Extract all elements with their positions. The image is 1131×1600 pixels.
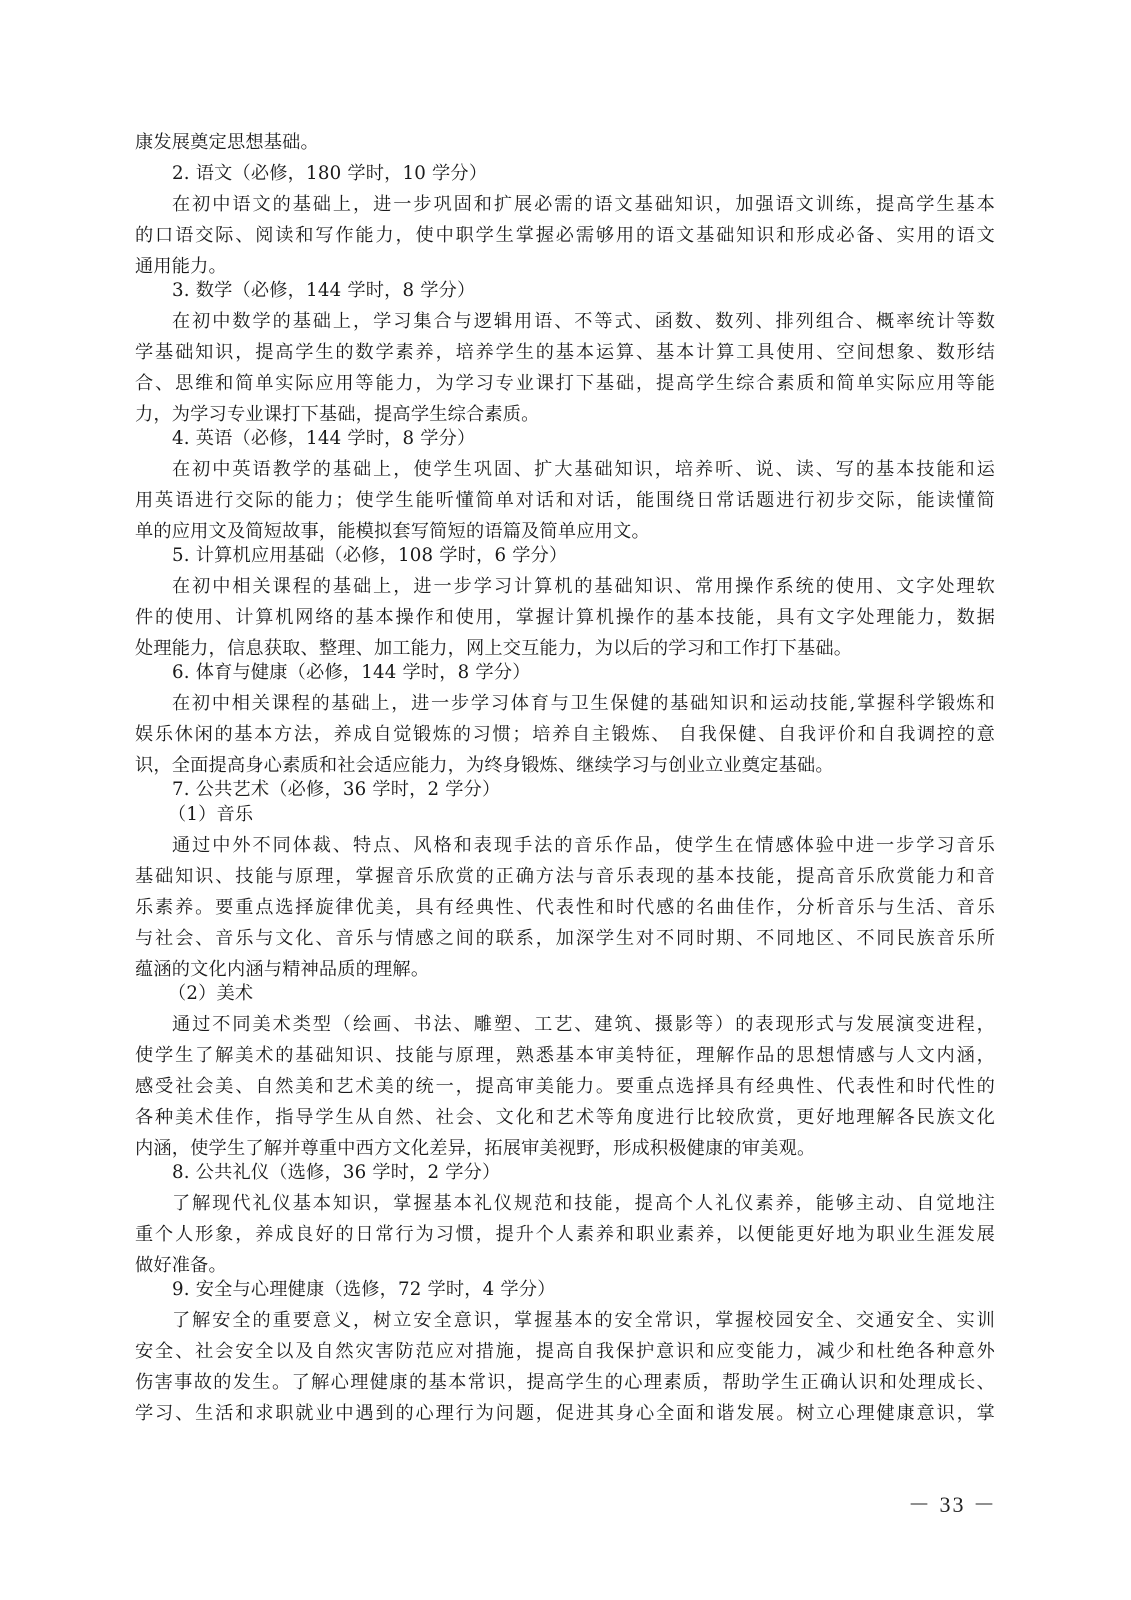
course-heading: 7. 公共艺术（必修，36 学时，2 学分） (172, 778, 1032, 802)
course-heading: 9. 安全与心理健康（选修，72 学时，4 学分） (172, 1278, 1032, 1302)
body-text-line: 学习、生活和求职就业中遇到的心理行为问题，促进其身心全面和谐发展。树立心理健康意… (135, 1402, 995, 1426)
course-heading: 5. 计算机应用基础（必修，108 学时，6 学分） (172, 544, 1032, 568)
body-text-line: 感受社会美、自然美和艺术美的统一，提高审美能力。要重点选择具有经典性、代表性和时… (135, 1075, 995, 1099)
course-heading: 8. 公共礼仪（选修，36 学时，2 学分） (172, 1161, 1032, 1185)
page-number: － 33 － (908, 1488, 997, 1519)
body-text-line: 的口语交际、阅读和写作能力，使中职学生掌握必需够用的语文基础知识和形成必备、实用… (135, 224, 995, 248)
body-text-line: 件的使用、计算机网络的基本操作和使用，掌握计算机操作的基本技能，具有文字处理能力… (135, 606, 995, 630)
body-text-line: 各种美术佳作，指导学生从自然、社会、文化和艺术等角度进行比较欣赏，更好地理解各民… (135, 1106, 995, 1130)
course-heading: 4. 英语（必修，144 学时，8 学分） (172, 427, 1032, 451)
body-text-line: 重个人形象，养成良好的日常行为习惯，提升个人素养和职业素养，以便能更好地为职业生… (135, 1223, 995, 1247)
body-text-line: 用英语进行交际的能力；使学生能听懂简单对话和对话，能围绕日常话题进行初步交际，能… (135, 489, 995, 513)
paragraph-first-line: 了解安全的重要意义，树立安全意识，掌握基本的安全常识，掌握校园安全、交通安全、实… (135, 1309, 995, 1333)
paragraph-first-line: 在初中英语教学的基础上，使学生巩固、扩大基础知识，培养听、说、读、写的基本技能和… (135, 458, 995, 482)
course-heading: 2. 语文（必修，180 学时，10 学分） (172, 162, 1032, 186)
paragraph-last-line: 内涵，使学生了解并尊重中西方文化差异，拓展审美视野，形成积极健康的审美观。 (135, 1137, 995, 1161)
body-text-line: 与社会、音乐与文化、音乐与情感之间的联系，加深学生对不同时期、不同地区、不同民族… (135, 927, 995, 951)
body-text-line: 乐素养。要重点选择旋律优美，具有经典性、代表性和时代感的名曲佳作，分析音乐与生活… (135, 896, 995, 920)
paragraph-first-line: 通过不同美术类型（绘画、书法、雕塑、工艺、建筑、摄影等）的表现形式与发展演变进程… (135, 1013, 995, 1037)
paragraph-last-line: 做好准备。 (135, 1254, 995, 1278)
paragraph-first-line: 通过中外不同体裁、特点、风格和表现手法的音乐作品，使学生在情感体验中进一步学习音… (135, 834, 995, 858)
paragraph-last-line: 单的应用文及简短故事，能模拟套写简短的语篇及简单应用文。 (135, 520, 995, 544)
body-text-line: 基础知识、技能与原理，掌握音乐欣赏的正确方法与音乐表现的基本技能，提高音乐欣赏能… (135, 865, 995, 889)
body-text-line: 娱乐休闲的基本方法，养成自觉锻炼的习惯；培养自主锻炼、 自我保健、自我评价和自我… (135, 723, 995, 747)
body-text-line: 学基础知识，提高学生的数学素养，培养学生的基本运算、基本计算工具使用、空间想象、… (135, 341, 995, 365)
paragraph-last-line: 通用能力。 (135, 255, 995, 279)
paragraph-first-line: 在初中相关课程的基础上，进一步学习计算机的基础知识、常用操作系统的使用、文字处理… (135, 575, 995, 599)
body-text-line: 使学生了解美术的基础知识、技能与原理，熟悉基本审美特征，理解作品的思想情感与人文… (135, 1044, 995, 1068)
paragraph-last-line: 康发展奠定思想基础。 (135, 131, 995, 155)
paragraph-last-line: 力，为学习专业课打下基础，提高学生综合素质。 (135, 403, 995, 427)
body-text-line: 伤害事故的发生。了解心理健康的基本常识，提高学生的心理素质，帮助学生正确认识和处… (135, 1371, 995, 1395)
document-page: 康发展奠定思想基础。2. 语文（必修，180 学时，10 学分）在初中语文的基础… (0, 0, 1131, 1600)
course-heading: 3. 数学（必修，144 学时，8 学分） (172, 279, 1032, 303)
course-heading: 6. 体育与健康（必修，144 学时，8 学分） (172, 661, 1032, 685)
paragraph-first-line: 在初中相关课程的基础上，进一步学习体育与卫生保健的基础知识和运动技能,掌握科学锻… (135, 692, 995, 716)
body-text-line: 安全、社会安全以及自然灾害防范应对措施，提高自我保护意识和应变能力，减少和杜绝各… (135, 1340, 995, 1364)
subsection-heading: （2）美术 (168, 982, 1028, 1006)
paragraph-first-line: 了解现代礼仪基本知识，掌握基本礼仪规范和技能，提高个人礼仪素养，能够主动、自觉地… (135, 1192, 995, 1216)
paragraph-last-line: 蕴涵的文化内涵与精神品质的理解。 (135, 958, 995, 982)
paragraph-first-line: 在初中语文的基础上，进一步巩固和扩展必需的语文基础知识，加强语文训练，提高学生基… (135, 193, 995, 217)
paragraph-last-line: 处理能力，信息获取、整理、加工能力，网上交互能力，为以后的学习和工作打下基础。 (135, 637, 995, 661)
paragraph-last-line: 识，全面提高身心素质和社会适应能力，为终身锻炼、继续学习与创业立业奠定基础。 (135, 754, 995, 778)
subsection-heading: （1）音乐 (168, 803, 1028, 827)
paragraph-first-line: 在初中数学的基础上，学习集合与逻辑用语、不等式、函数、数列、排列组合、概率统计等… (135, 310, 995, 334)
body-text-line: 合、思维和简单实际应用等能力，为学习专业课打下基础，提高学生综合素质和简单实际应… (135, 372, 995, 396)
